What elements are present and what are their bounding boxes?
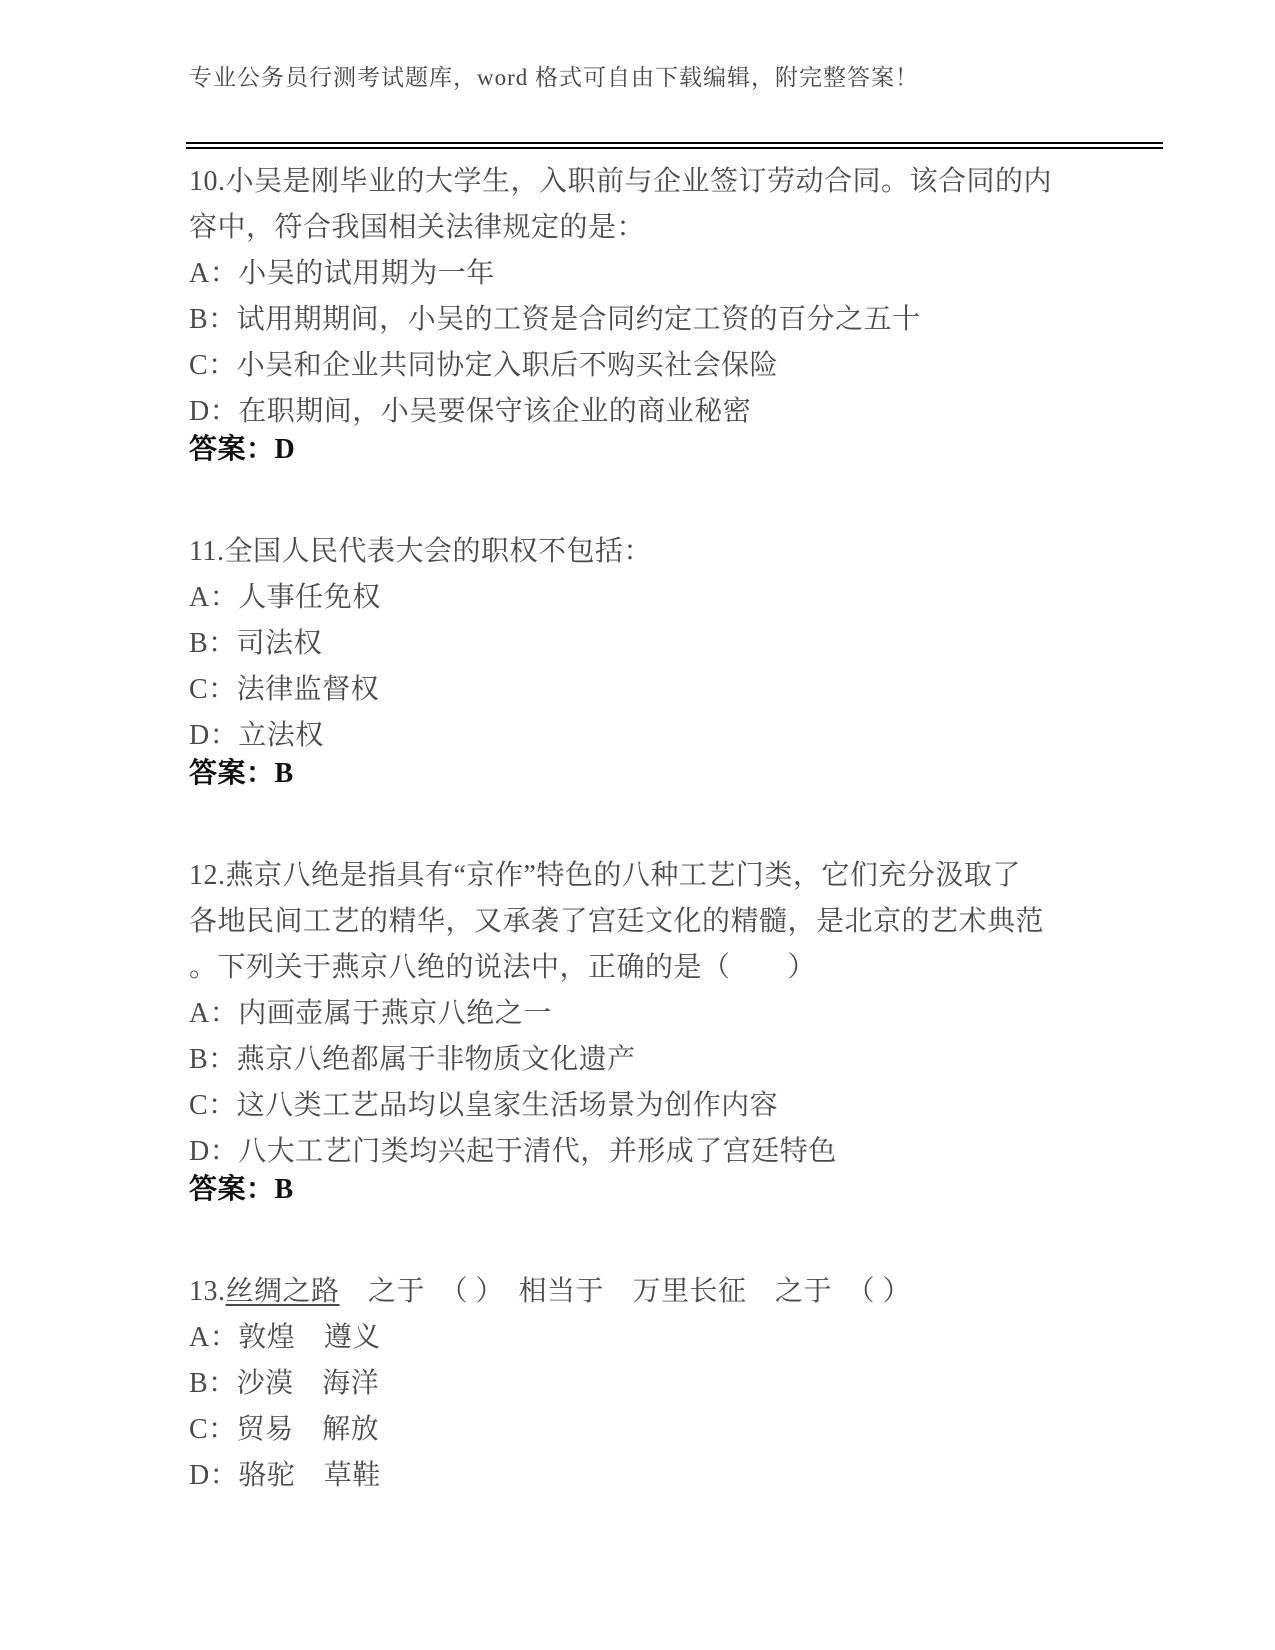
document-page: 专业公务员行测考试题库，word 格式可自由下载编辑，附完整答案！ 10.小吴是…	[0, 0, 1275, 1650]
question-12-option-c: C：这八类工艺品均以皇家生活场景为创作内容	[189, 1083, 1169, 1129]
question-12-text-line-1: 12.燕京八绝是指具有“京作”特色的八种工艺门类，它们充分汲取了	[189, 853, 1169, 899]
question-11-text-line-1: 11.全国人民代表大会的职权不包括：	[189, 529, 1169, 575]
header-double-rule	[186, 142, 1163, 149]
question-10: 10.小吴是刚毕业的大学生，入职前与企业签订劳动合同。该合同的内 容中，符合我国…	[189, 159, 1169, 473]
question-13-title-rest: 之于 （ ） 相当于 万里长征 之于 （ ）	[340, 1276, 912, 1307]
document-header-text: 专业公务员行测考试题库，word 格式可自由下载编辑，附完整答案！	[189, 64, 1169, 92]
question-11-option-b: B：司法权	[189, 621, 1169, 667]
question-13-option-a: A：敦煌 遵义	[189, 1315, 1169, 1361]
question-11-answer: 答案：B	[189, 751, 1169, 797]
document-body: 10.小吴是刚毕业的大学生，入职前与企业签订劳动合同。该合同的内 容中，符合我国…	[189, 159, 1169, 1499]
question-12-option-a: A：内画壶属于燕京八绝之一	[189, 991, 1169, 1037]
question-12-option-b: B：燕京八绝都属于非物质文化遗产	[189, 1037, 1169, 1083]
question-13-option-b: B：沙漠 海洋	[189, 1361, 1169, 1407]
question-13-number: 13.	[189, 1276, 226, 1307]
question-12-text-line-2: 各地民间工艺的精华，又承袭了宫廷文化的精髓，是北京的艺术典范	[189, 899, 1169, 945]
question-11: 11.全国人民代表大会的职权不包括： A：人事任免权 B：司法权 C：法律监督权…	[189, 529, 1169, 797]
question-10-option-a: A：小吴的试用期为一年	[189, 251, 1169, 297]
question-13-title: 13.丝绸之路 之于 （ ） 相当于 万里长征 之于 （ ）	[189, 1269, 1169, 1315]
question-13-underlined-term: 丝绸之路	[226, 1276, 340, 1307]
question-12: 12.燕京八绝是指具有“京作”特色的八种工艺门类，它们充分汲取了 各地民间工艺的…	[189, 853, 1169, 1213]
question-10-text-line-2: 容中，符合我国相关法律规定的是：	[189, 205, 1169, 251]
question-10-text-line-1: 10.小吴是刚毕业的大学生，入职前与企业签订劳动合同。该合同的内	[189, 159, 1169, 205]
question-10-option-b: B：试用期期间，小吴的工资是合同约定工资的百分之五十	[189, 297, 1169, 343]
question-12-text-line-3: 。下列关于燕京八绝的说法中，正确的是（ ）	[189, 945, 1169, 991]
question-13-option-c: C：贸易 解放	[189, 1407, 1169, 1453]
question-13: 13.丝绸之路 之于 （ ） 相当于 万里长征 之于 （ ） A：敦煌 遵义 B…	[189, 1269, 1169, 1499]
question-11-option-a: A：人事任免权	[189, 575, 1169, 621]
question-11-option-c: C：法律监督权	[189, 667, 1169, 713]
question-13-option-d: D：骆驼 草鞋	[189, 1453, 1169, 1499]
question-10-option-c: C：小吴和企业共同协定入职后不购买社会保险	[189, 343, 1169, 389]
